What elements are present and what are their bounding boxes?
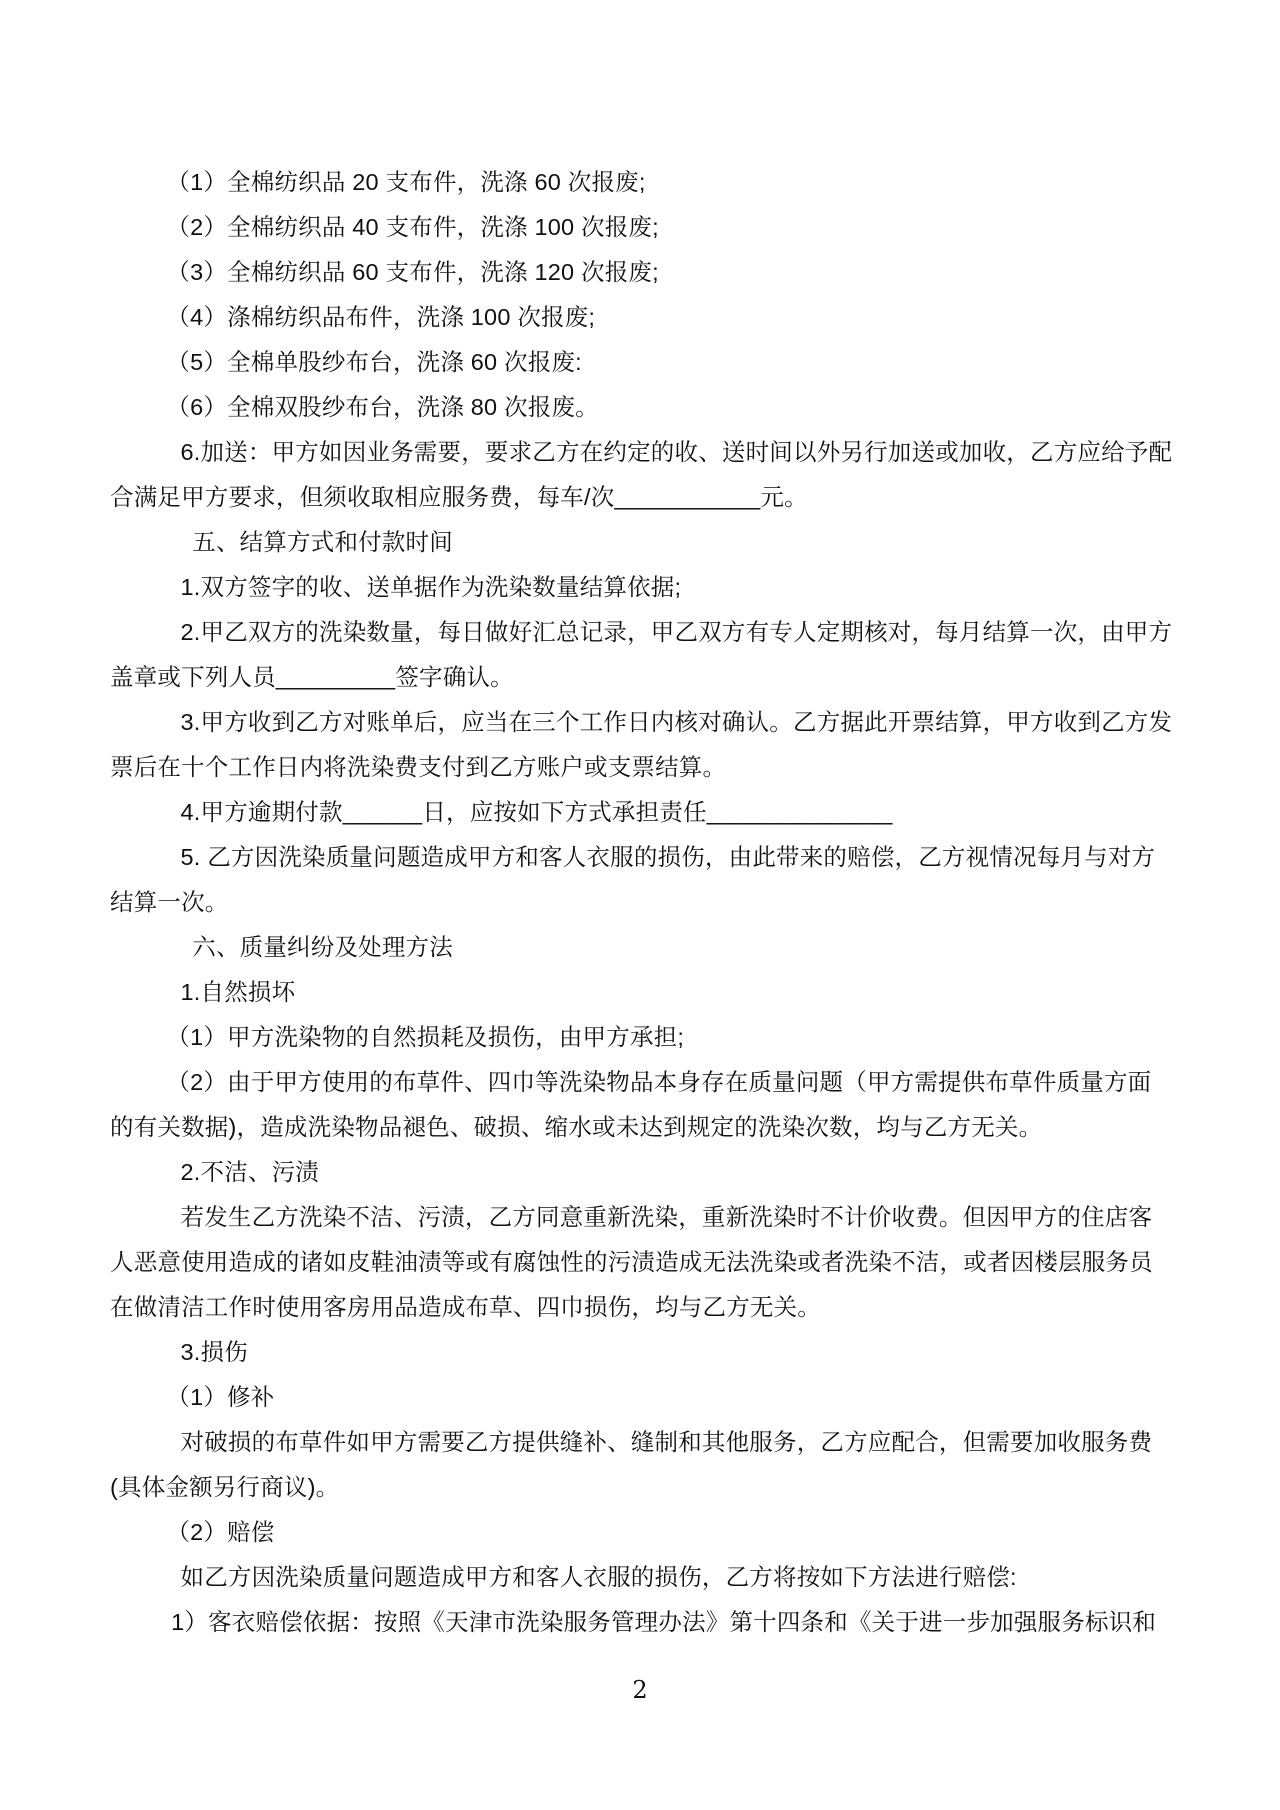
text-line: 对破损的布草件如甲方需要乙方提供缝补、缝制和其他服务，乙方应配合，但需要加收服务… [110,1420,1165,1465]
text-line: （2）全棉纺织品 40 支布件，洗涤 100 次报废; [110,205,1165,250]
contract-page: （1）全棉纺织品 20 支布件，洗涤 60 次报废;（2）全棉纺织品 40 支布… [0,0,1280,1810]
text-line: （3）全棉纺织品 60 支布件，洗涤 120 次报废; [110,250,1165,295]
text-line: 人恶意使用造成的诸如皮鞋油渍等或有腐蚀性的污渍造成无法洗染或者洗染不洁，或者因楼… [110,1240,1165,1285]
text-line: 盖章或下列人员_________签字确认。 [110,655,1165,700]
text-line: (具体金额另行商议)。 [110,1465,1165,1510]
text-line: 六、质量纠纷及处理方法 [110,925,1165,970]
text-line: （5）全棉单股纱布台，洗涤 60 次报废: [110,340,1165,385]
text-line: 2.甲乙双方的洗染数量，每日做好汇总记录，甲乙双方有专人定期核对，每月结算一次，… [110,610,1165,655]
text-line: 1）客衣赔偿依据：按照《天津市洗染服务管理办法》第十四条和《关于进一步加强服务标… [110,1600,1165,1645]
text-line: （1）修补 [110,1375,1165,1420]
text-line: （1）全棉纺织品 20 支布件，洗涤 60 次报废; [110,160,1165,205]
text-line: （6）全棉双股纱布台，洗涤 80 次报废。 [110,385,1165,430]
document-body: （1）全棉纺织品 20 支布件，洗涤 60 次报废;（2）全棉纺织品 40 支布… [110,160,1165,1645]
text-line: 的有关数据)，造成洗染物品褪色、破损、缩水或未达到规定的洗染次数，均与乙方无关。 [110,1105,1165,1150]
text-line: （1）甲方洗染物的自然损耗及损伤，由甲方承担; [110,1015,1165,1060]
text-line: 6.加送：甲方如因业务需要，要求乙方在约定的收、送时间以外另行加送或加收，乙方应… [110,430,1165,475]
text-line: 5. 乙方因洗染质量问题造成甲方和客人衣服的损伤，由此带来的赔偿，乙方视情况每月… [110,835,1165,880]
text-line: 若发生乙方洗染不洁、污渍，乙方同意重新洗染，重新洗染时不计价收费。但因甲方的住店… [110,1195,1165,1240]
text-line: 1.双方签字的收、送单据作为洗染数量结算依据; [110,565,1165,610]
text-line: 3.甲方收到乙方对账单后，应当在三个工作日内核对确认。乙方据此开票结算，甲方收到… [110,700,1165,745]
text-line: （2）赔偿 [110,1510,1165,1555]
text-line: 五、结算方式和付款时间 [110,520,1165,565]
text-line: 1.自然损坏 [110,970,1165,1015]
text-line: 结算一次。 [110,880,1165,925]
text-line: （2）由于甲方使用的布草件、四巾等洗染物品本身存在质量问题（甲方需提供布草件质量… [110,1060,1165,1105]
text-line: 合满足甲方要求，但须收取相应服务费，每车/次___________元。 [110,475,1165,520]
text-line: 在做清洁工作时使用客房用品造成布草、四巾损伤，均与乙方无关。 [110,1285,1165,1330]
page-number: 2 [0,1676,1280,1704]
text-line: （4）涤棉纺织品布件，洗涤 100 次报废; [110,295,1165,340]
text-line: 3.损伤 [110,1330,1165,1375]
text-line: 4.甲方逾期付款______日，应按如下方式承担责任______________ [110,790,1165,835]
text-line: 票后在十个工作日内将洗染费支付到乙方账户或支票结算。 [110,745,1165,790]
text-line: 2.不洁、污渍 [110,1150,1165,1195]
text-line: 如乙方因洗染质量问题造成甲方和客人衣服的损伤，乙方将按如下方法进行赔偿: [110,1555,1165,1600]
